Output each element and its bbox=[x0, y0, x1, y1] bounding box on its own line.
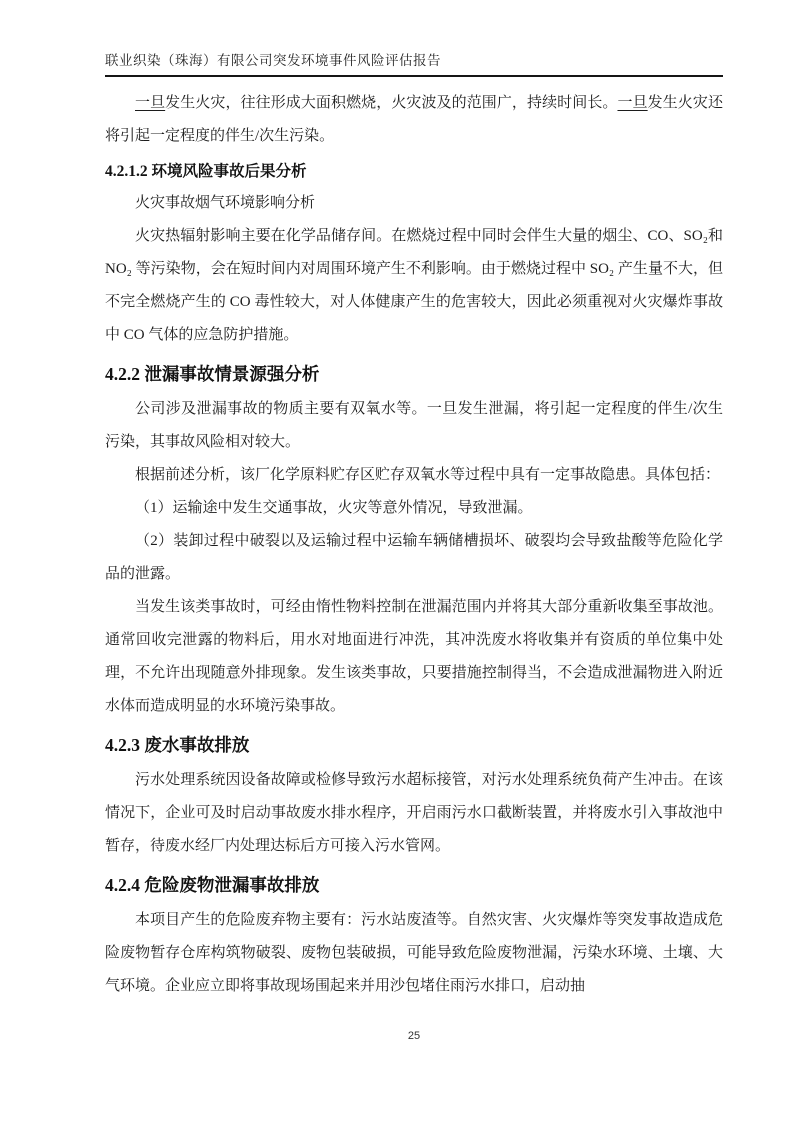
document-page: 联业织染（珠海）有限公司突发环境事件风险评估报告 一旦发生火灾，往往形成大面积燃… bbox=[0, 0, 793, 1122]
page-header: 联业织染（珠海）有限公司突发环境事件风险评估报告 bbox=[105, 0, 723, 77]
paragraph-fire-consequence: 一旦发生火灾，往往形成大面积燃烧，火灾波及的范围广，持续时间长。一旦发生火灾还将… bbox=[105, 87, 723, 153]
paragraph-smoke-analysis-title: 火灾事故烟气环境影响分析 bbox=[105, 187, 723, 220]
underlined-phrase: 一旦 bbox=[617, 95, 647, 111]
text-run: 发生火灾，往往形成大面积燃烧，火灾波及的范围广，持续时间长。 bbox=[165, 95, 617, 111]
page-number: 25 bbox=[408, 1030, 420, 1042]
heading-4-2-2: 4.2.2 泄漏事故情景源强分析 bbox=[105, 356, 723, 392]
paragraph-smoke-analysis: 火灾热辐射影响主要在化学品储存间。在燃烧过程中同时会伴生大量的烟尘、CO、SO₂… bbox=[105, 220, 723, 352]
page-footer: 25 bbox=[105, 1026, 723, 1044]
underlined-phrase: 一旦 bbox=[135, 95, 165, 111]
page-content: 联业织染（珠海）有限公司突发环境事件风险评估报告 一旦发生火灾，往往形成大面积燃… bbox=[105, 0, 723, 1003]
paragraph-leak-response: 当发生该类事故时，可经由惰性物料控制在泄漏范围内并将其大部分重新收集至事故池。通… bbox=[105, 591, 723, 723]
page-body: 一旦发生火灾，往往形成大面积燃烧，火灾波及的范围广，持续时间长。一旦发生火灾还将… bbox=[105, 87, 723, 1003]
paragraph-leak-hazard: 根据前述分析，该厂化学原料贮存区贮存双氧水等过程中具有一定事故隐患。具体包括： bbox=[105, 459, 723, 492]
heading-4-2-4: 4.2.4 危险废物泄漏事故排放 bbox=[105, 867, 723, 903]
heading-4-2-1-2: 4.2.1.2 环境风险事故后果分析 bbox=[105, 157, 723, 187]
list-item-loading-rupture: （2）装卸过程中破裂以及运输过程中运输车辆储槽损坏、破裂均会导致盐酸等危险化学品… bbox=[105, 525, 723, 591]
paragraph-wastewater-accident: 污水处理系统因设备故障或检修导致污水超标接管，对污水处理系统负荷产生冲击。在该情… bbox=[105, 764, 723, 863]
paragraph-hazardous-waste: 本项目产生的危险废弃物主要有：污水站废渣等。自然灾害、火灾爆炸等突发事故造成危险… bbox=[105, 904, 723, 1003]
heading-4-2-3: 4.2.3 废水事故排放 bbox=[105, 727, 723, 763]
report-title: 联业织染（珠海）有限公司突发环境事件风险评估报告 bbox=[105, 52, 723, 70]
paragraph-leak-overview: 公司涉及泄漏事故的物质主要有双氧水等。一旦发生泄漏，将引起一定程度的伴生/次生污… bbox=[105, 393, 723, 459]
list-item-transport-accident: （1）运输途中发生交通事故，火灾等意外情况，导致泄漏。 bbox=[105, 492, 723, 525]
